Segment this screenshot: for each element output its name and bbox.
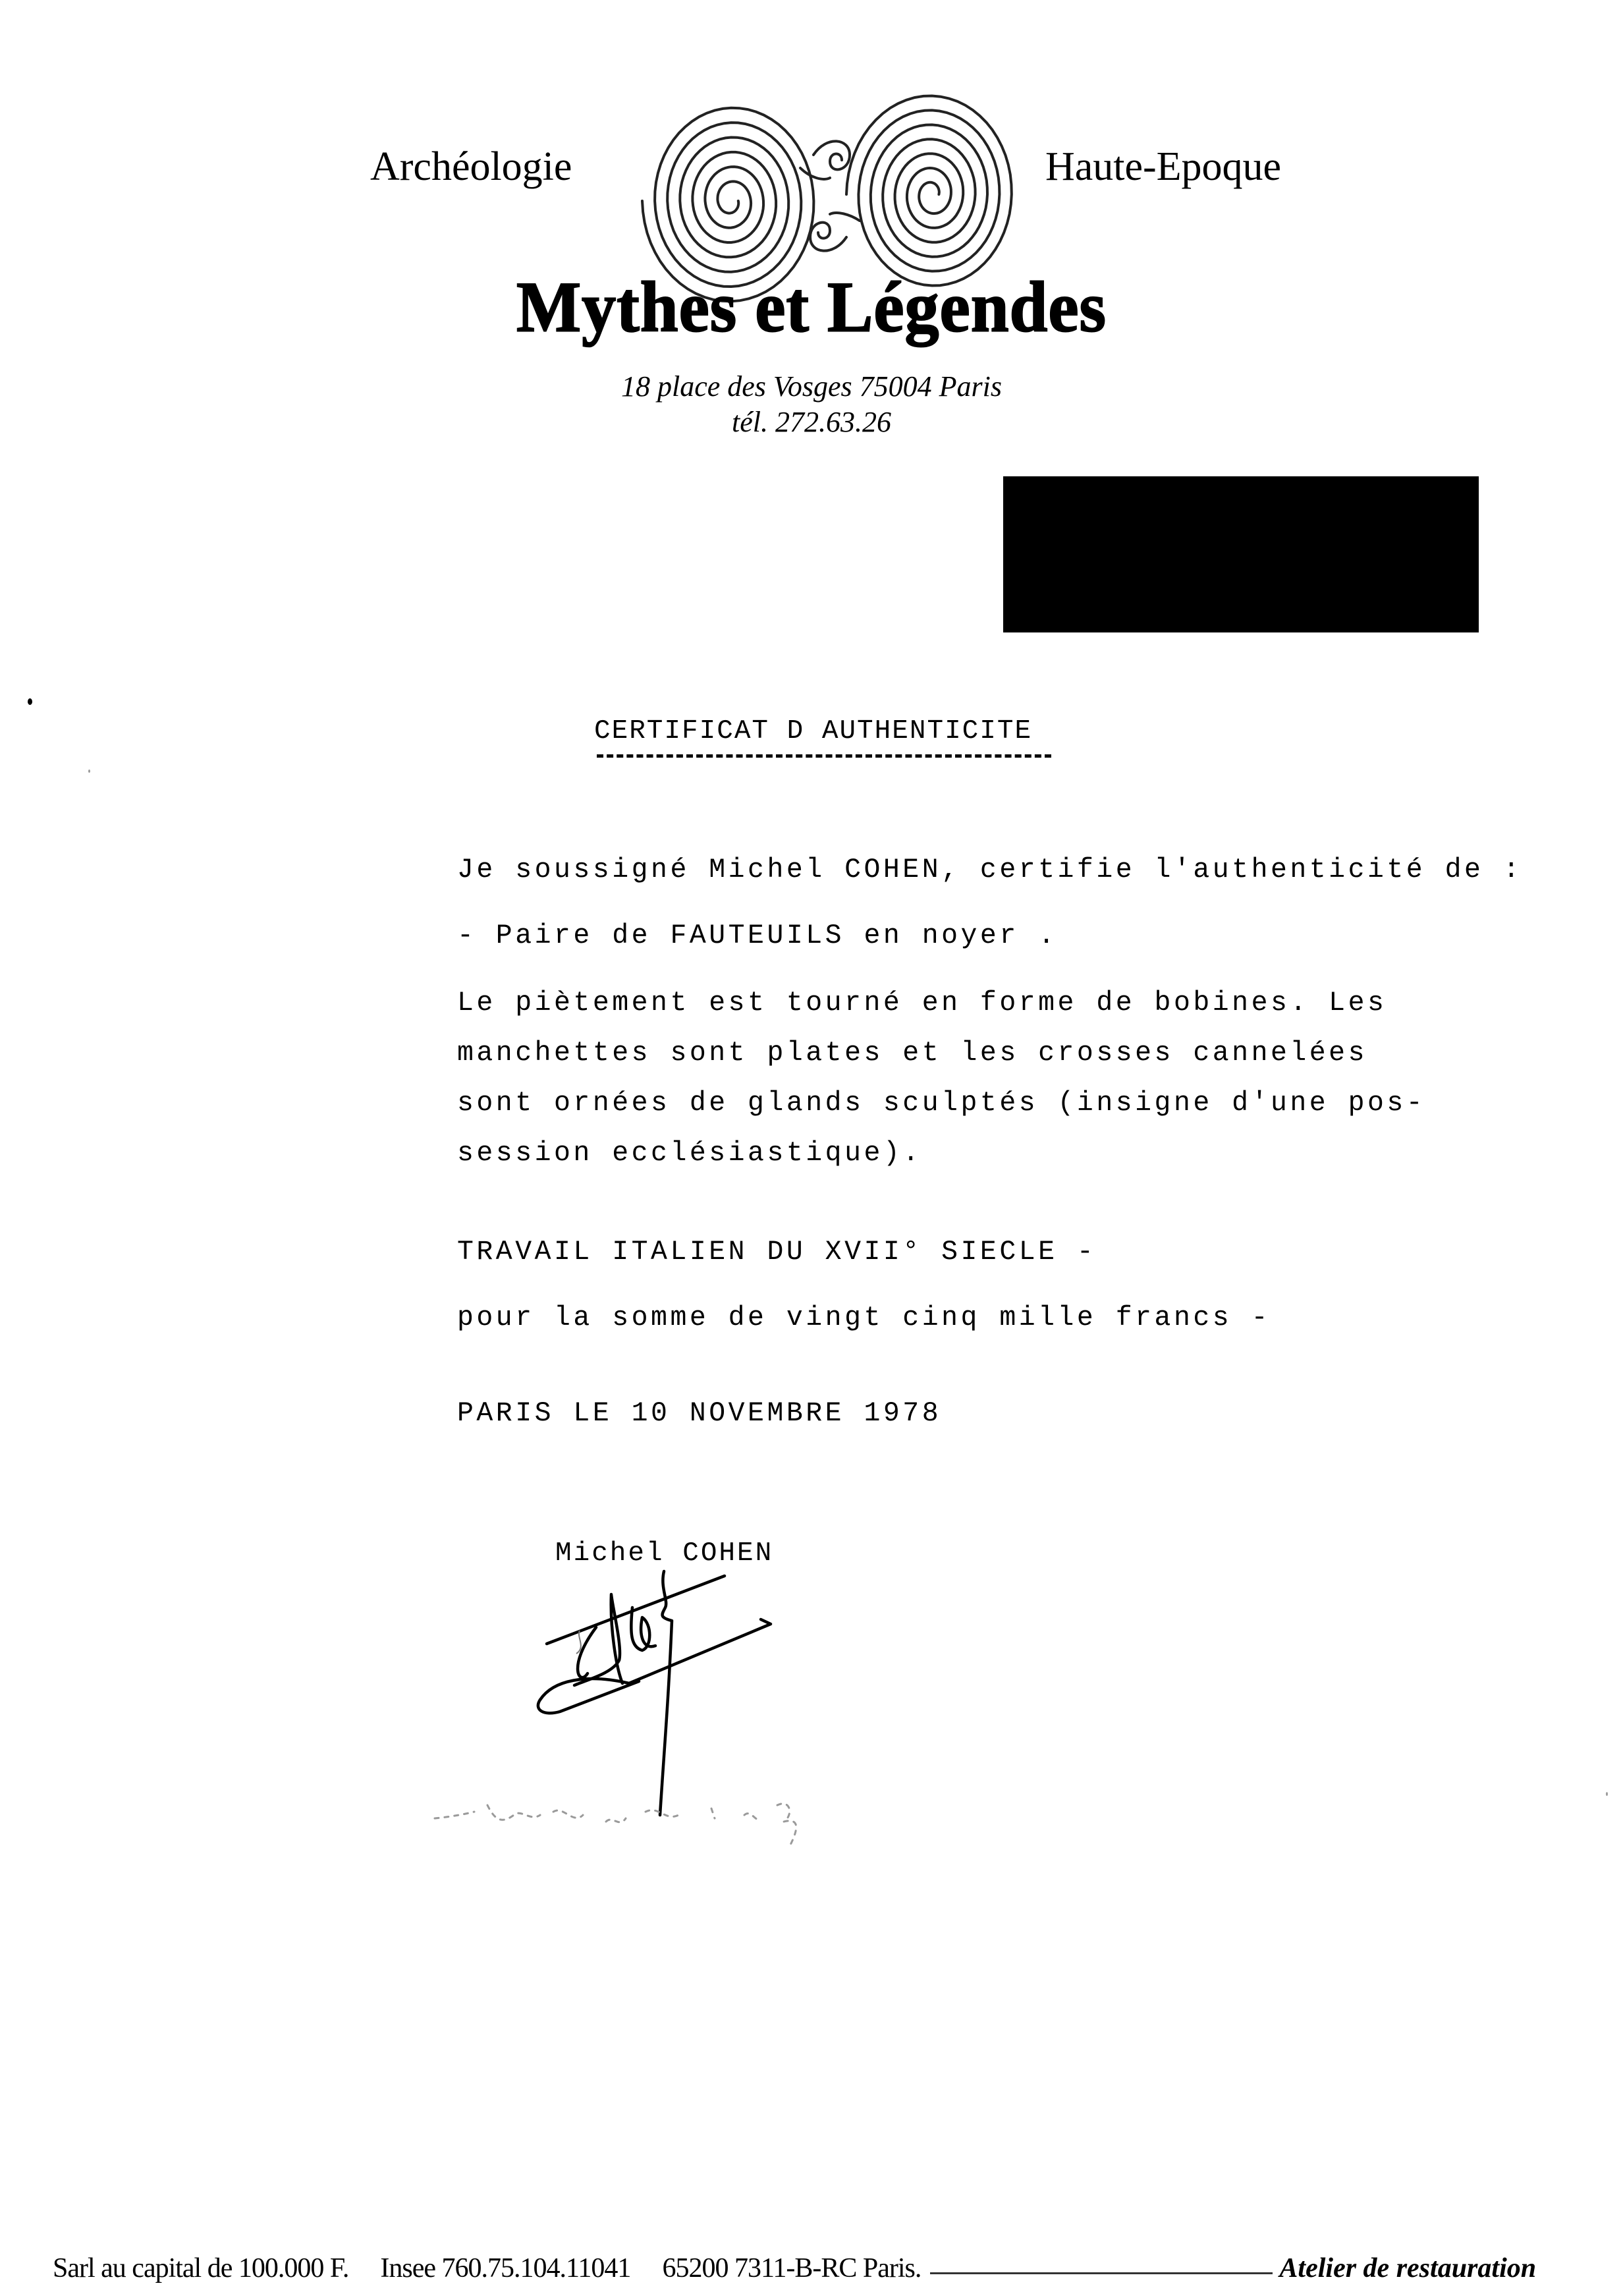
rc-registration: 65200 7311-B-RC Paris. xyxy=(662,2254,921,2282)
tagline-haute-epoque: Haute-Epoque xyxy=(1045,146,1281,187)
description-line: sont ornées de glands sculptés (insigne … xyxy=(457,1090,1425,1117)
company-name: Mythes et Légendes xyxy=(0,271,1623,343)
atelier-label: Atelier de restauration xyxy=(1279,2254,1536,2282)
capital-info: Sarl au capital de 100.000 F. xyxy=(53,2254,348,2282)
scanner-speck xyxy=(1606,1792,1608,1796)
place-date: PARIS LE 10 NOVEMBRE 1978 xyxy=(457,1400,941,1428)
footer-rule xyxy=(930,2272,1273,2274)
redaction-box xyxy=(1003,476,1479,632)
faint-pencil-annotation-icon xyxy=(422,1779,843,1871)
title-dashed-underline xyxy=(597,754,1051,758)
insee-number: Insee 760.75.104.11041 xyxy=(380,2254,630,2282)
scanner-speck xyxy=(28,698,32,705)
phone-line: tél. 272.63.26 xyxy=(0,405,1623,440)
company-legal-footer: Sarl au capital de 100.000 F.Insee 760.7… xyxy=(53,2254,1536,2282)
origin-statement: TRAVAIL ITALIEN DU XVII° SIECLE - xyxy=(457,1239,1096,1266)
company-address-block: 18 place des Vosges 75004 Paris tél. 272… xyxy=(0,369,1623,440)
description-line: manchettes sont plates et les crosses ca… xyxy=(457,1040,1367,1067)
certification-statement: Je soussigné Michel COHEN, certifie l'au… xyxy=(457,856,1522,884)
tagline-archeologie: Archéologie xyxy=(370,146,572,187)
item-description: - Paire de FAUTEUILS en noyer . xyxy=(457,922,1058,950)
scanner-speck xyxy=(88,770,90,773)
description-line: Le piètement est tourné en forme de bobi… xyxy=(457,990,1387,1017)
signatory-name: Michel COHEN xyxy=(555,1540,773,1567)
price-statement: pour la somme de vingt cinq mille francs… xyxy=(457,1304,1271,1332)
address-line: 18 place des Vosges 75004 Paris xyxy=(0,369,1623,405)
description-line: session ecclésiastique). xyxy=(457,1140,922,1167)
certificate-title: CERTIFICAT D AUTHENTICITE xyxy=(594,718,1032,745)
